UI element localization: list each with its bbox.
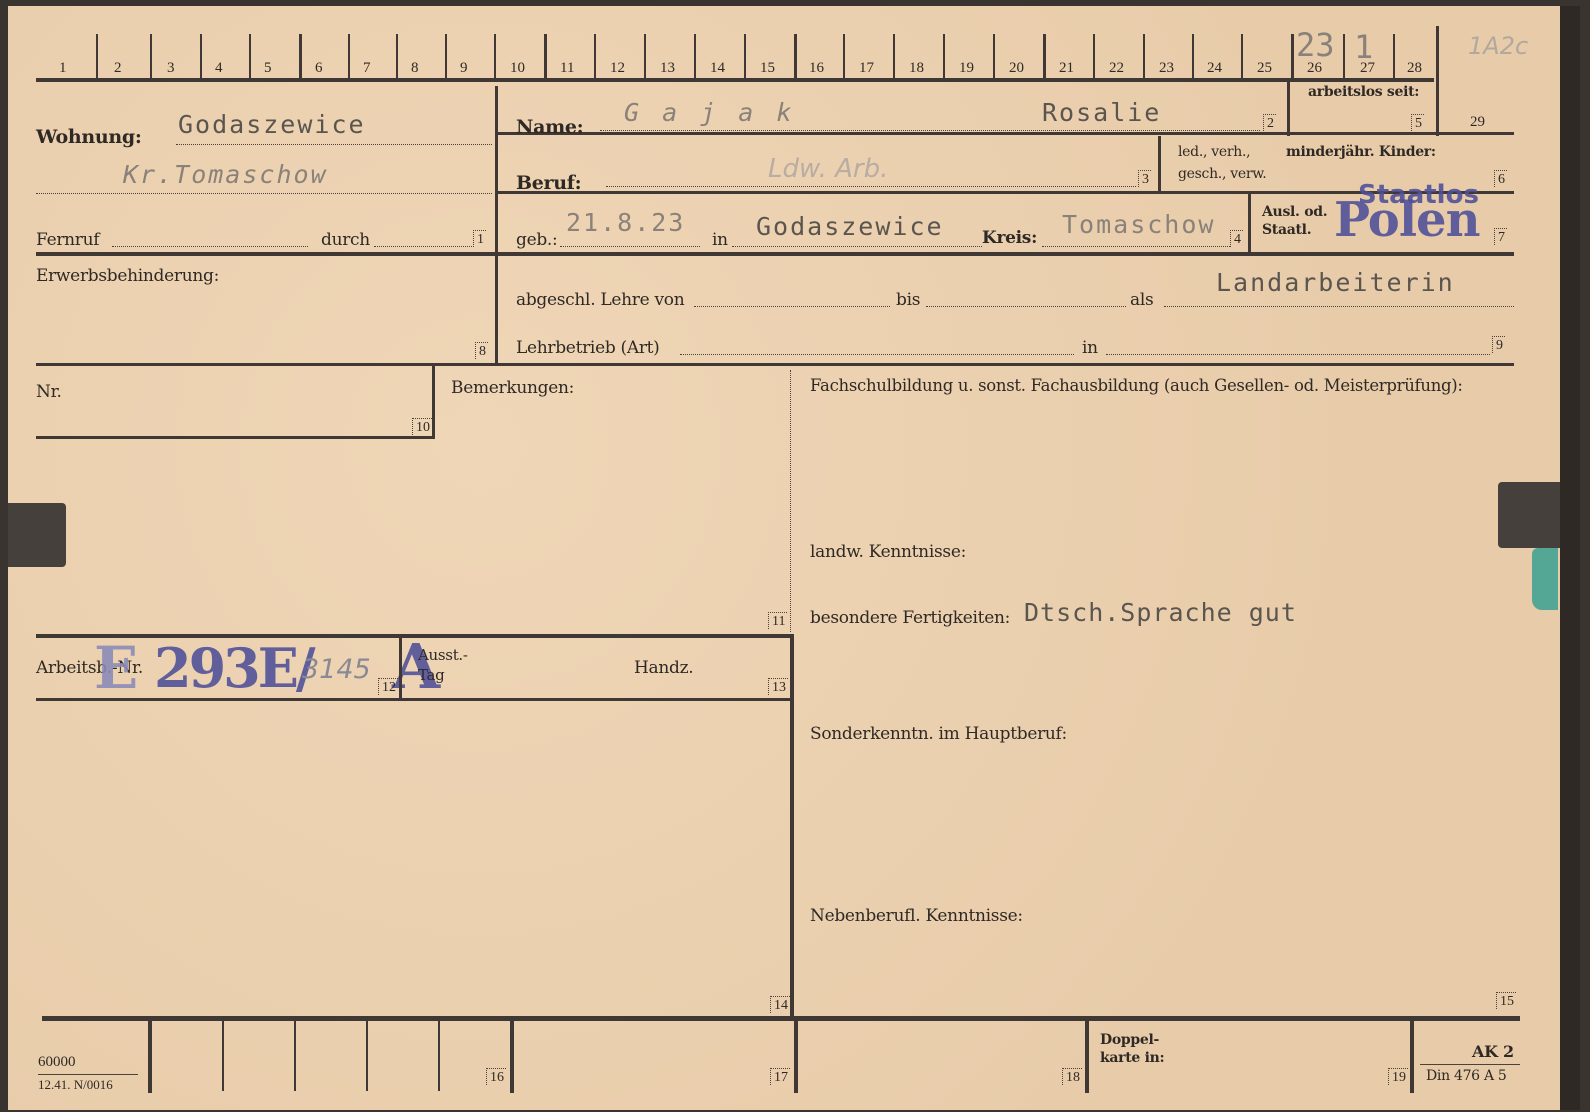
ruler-tick [1291, 34, 1294, 78]
kinder-label: minderjähr. Kinder: [1286, 144, 1436, 160]
handwritten-col27: 1 [1354, 28, 1373, 66]
birthplace-value[interactable]: Godaszewice [756, 212, 944, 241]
name-label: Name: [516, 116, 583, 138]
ruler-tick [744, 34, 746, 78]
pencil-code: 1A2c [1468, 32, 1528, 60]
doppel-label-2: karte in: [1100, 1050, 1164, 1066]
field-number-7: 7 [1494, 228, 1507, 245]
ruler-tick [544, 34, 547, 78]
ruler-number: 15 [760, 60, 775, 77]
lehrbetrieb-input[interactable] [680, 354, 1074, 355]
kreis-line [1042, 246, 1230, 247]
ruler-tick [348, 34, 350, 78]
surname-value[interactable]: G a j a k [624, 98, 795, 127]
durch-label: durch [321, 230, 370, 250]
divider [1085, 1021, 1089, 1093]
print-code: 12.41. N/0016 [38, 1077, 113, 1093]
firstname-value[interactable]: Rosalie [1042, 98, 1161, 127]
lehrbetrieb-in-input[interactable] [1106, 354, 1490, 355]
erwerbsbehinderung-label: Erwerbsbehinderung: [36, 266, 219, 286]
ruler-number: 25 [1257, 60, 1272, 77]
nr-label: Nr. [36, 382, 62, 402]
ruler-number: 28 [1407, 60, 1422, 77]
birth-date-value[interactable]: 21.8.23 [566, 208, 685, 237]
ruler-tick [1043, 34, 1046, 78]
field-number-4: 4 [1230, 230, 1243, 247]
field-number-16: 16 [486, 1068, 506, 1085]
card-edge [1560, 6, 1580, 1110]
ruler-tick [1343, 34, 1345, 78]
staat-label-1: Ausl. od. [1262, 204, 1327, 220]
ruler-tick [96, 34, 98, 78]
field-number-9: 9 [1492, 336, 1505, 353]
ruler-number: 21 [1059, 60, 1074, 77]
wohnung-label: Wohnung: [36, 126, 142, 148]
lehre-als-line [1164, 306, 1514, 307]
ruler-number: 1 [59, 60, 67, 77]
ruler-number: 8 [411, 60, 419, 77]
ruler-tick [299, 34, 302, 78]
field-number-6: 6 [1494, 170, 1507, 187]
lehre-als-value[interactable]: Landarbeiterin [1216, 268, 1455, 297]
divider [794, 1021, 798, 1093]
handwritten-col26: 23 [1296, 26, 1335, 64]
rule [36, 252, 1514, 256]
wohnung-line-1 [176, 144, 492, 145]
ruler-number: 17 [859, 60, 874, 77]
ruler-tick [794, 34, 797, 78]
registration-card: 1234567891011121314151617181920212223242… [8, 6, 1580, 1110]
besondere-value[interactable]: Dtsch.Sprache gut [1024, 598, 1297, 627]
divider [438, 1021, 440, 1091]
field-number-29: 29 [1470, 114, 1485, 131]
ruler-number: 2 [114, 60, 122, 77]
handz-label: Handz. [634, 658, 693, 678]
staat-label-2: Staatl. [1262, 222, 1311, 238]
ruler-number: 4 [215, 60, 223, 77]
besondere-label: besondere Fertigkeiten: [810, 608, 1010, 628]
ruler-number: 23 [1159, 60, 1174, 77]
field-number-3: 3 [1138, 170, 1151, 187]
rule [498, 132, 1514, 135]
birthplace-line [732, 246, 982, 247]
ruler-tick [1241, 34, 1243, 78]
field-number-17: 17 [770, 1068, 790, 1085]
ruler-number: 13 [660, 60, 675, 77]
rule [36, 363, 1514, 366]
ruler-number: 24 [1207, 60, 1222, 77]
ruler-number: 22 [1109, 60, 1124, 77]
ruler-number: 10 [510, 60, 525, 77]
index-tab-right [1498, 482, 1560, 548]
durch-input[interactable] [374, 246, 472, 247]
familienstand-line2: gesch., verw. [1178, 166, 1266, 182]
ruler-number: 16 [809, 60, 824, 77]
geb-line [560, 246, 700, 247]
ruler-tick [249, 34, 251, 78]
fernruf-label: Fernruf [36, 230, 99, 250]
ruler-tick [1143, 34, 1145, 78]
ruler-tick [644, 34, 646, 78]
form-id: AK 2 [1472, 1042, 1514, 1061]
ruler-tick [150, 34, 152, 78]
lehre-bis-input[interactable] [926, 306, 1126, 307]
divider [222, 1021, 224, 1091]
ruler-number: 7 [363, 60, 371, 77]
dotted-divider [790, 370, 791, 632]
field-number-14: 14 [770, 996, 790, 1013]
bemerkungen-label: Bemerkungen: [451, 378, 574, 398]
arbeitslos-label: arbeitslos seit: [1308, 84, 1419, 100]
landw-label: landw. Kenntnisse: [810, 542, 966, 562]
field-number-12: 12 [378, 678, 398, 695]
fernruf-input[interactable] [112, 246, 308, 247]
rule [36, 698, 794, 701]
geb-label: geb.: [516, 230, 557, 250]
familienstand-line1: led., verh., [1178, 144, 1250, 160]
field-number-15: 15 [1496, 992, 1516, 1009]
arbeitsbuch-stamp-prefix: E [94, 634, 138, 702]
lehre-von-label: abgeschl. Lehre von [516, 290, 684, 310]
field-number-1: 1 [473, 230, 486, 247]
field-number-19: 19 [1388, 1068, 1408, 1085]
divider [495, 256, 498, 364]
divider [510, 1021, 514, 1093]
nebenberufl-label: Nebenberufl. Kenntnisse: [810, 906, 1023, 926]
lehre-von-input[interactable] [694, 306, 890, 307]
divider [1287, 82, 1290, 136]
kreis-label: Kreis: [982, 228, 1037, 248]
ruler-number: 18 [909, 60, 924, 77]
divider [495, 86, 498, 252]
polen-stamp: Polen [1334, 192, 1480, 248]
arbeitsbuch-handwritten[interactable]: 3145 [302, 654, 371, 685]
divider [790, 634, 794, 1016]
field-number-5: 5 [1411, 114, 1424, 131]
lehrbetrieb-label: Lehrbetrieb (Art) [516, 338, 660, 358]
field-number-2: 2 [1263, 114, 1276, 131]
kreis-value[interactable]: Tomaschow [1062, 210, 1215, 239]
ruler-tick [1393, 34, 1395, 78]
fachschul-label: Fachschulbildung u. sonst. Fachausbildun… [810, 376, 1463, 395]
wohnung-value-2[interactable]: Kr.Tomaschow [123, 160, 328, 189]
bemerkungen-area[interactable] [448, 442, 784, 632]
ruler-tick [1093, 34, 1095, 78]
ruler-number: 9 [460, 60, 468, 77]
ruler-number: 3 [167, 60, 175, 77]
wohnung-line-2 [36, 193, 492, 194]
footer-rule [42, 1016, 1520, 1021]
divider [399, 638, 402, 700]
index-tab-left [8, 503, 66, 567]
ruler-tick [893, 34, 895, 78]
beruf-line [606, 186, 1136, 187]
ruler-tick [1192, 34, 1194, 78]
lehrbetrieb-in-label: in [1082, 338, 1098, 358]
ruler-number: 14 [710, 60, 725, 77]
ruler-baseline [36, 78, 1434, 82]
field-number-13: 13 [768, 678, 788, 695]
ruler-number: 12 [610, 60, 625, 77]
beruf-pencil-value[interactable]: Ldw. Arb. [768, 154, 888, 184]
rule [36, 436, 435, 439]
field-number-18: 18 [1062, 1068, 1082, 1085]
form-divider [1420, 1064, 1520, 1065]
ruler-tick [943, 34, 945, 78]
divider [366, 1021, 368, 1091]
ruler-number: 6 [315, 60, 323, 77]
ausst-label-2: Tag [418, 666, 445, 684]
ruler-tick [594, 34, 596, 78]
ruler-tick [694, 34, 696, 78]
wohnung-value-1[interactable]: Godaszewice [178, 110, 366, 139]
ruler-tick [445, 34, 447, 78]
divider [294, 1021, 296, 1091]
lehre-als-label: als [1130, 290, 1153, 310]
ruler-tick [494, 34, 496, 78]
print-run: 60000 [38, 1054, 76, 1071]
print-divider [38, 1074, 138, 1075]
field-number-8: 8 [475, 342, 488, 359]
divider [1436, 26, 1439, 136]
divider [1158, 136, 1161, 192]
ruler-number: 20 [1009, 60, 1024, 77]
ruler-tick [396, 34, 398, 78]
doppel-label-1: Doppel- [1100, 1032, 1159, 1048]
ruler-tick [993, 34, 995, 78]
sonderkenntn-label: Sonderkenntn. im Hauptberuf: [810, 724, 1067, 744]
ausst-label-1: Ausst.- [418, 646, 468, 664]
in-label: in [712, 230, 728, 250]
field-number-10: 10 [412, 418, 432, 435]
divider [1410, 1021, 1414, 1093]
ruler-number: 19 [959, 60, 974, 77]
divider [432, 366, 435, 438]
lehre-bis-label: bis [896, 290, 920, 310]
din-format: Din 476 A 5 [1426, 1068, 1507, 1084]
arbeitsbuch-stamp-number: 293E/ [154, 636, 313, 700]
name-line [600, 130, 1260, 131]
divider [148, 1021, 152, 1093]
green-marker [1532, 548, 1558, 610]
ruler-number: 11 [560, 60, 574, 77]
ruler-tick [843, 34, 845, 78]
divider [1248, 194, 1251, 252]
ruler-number: 5 [264, 60, 272, 77]
ruler-tick [200, 34, 202, 78]
